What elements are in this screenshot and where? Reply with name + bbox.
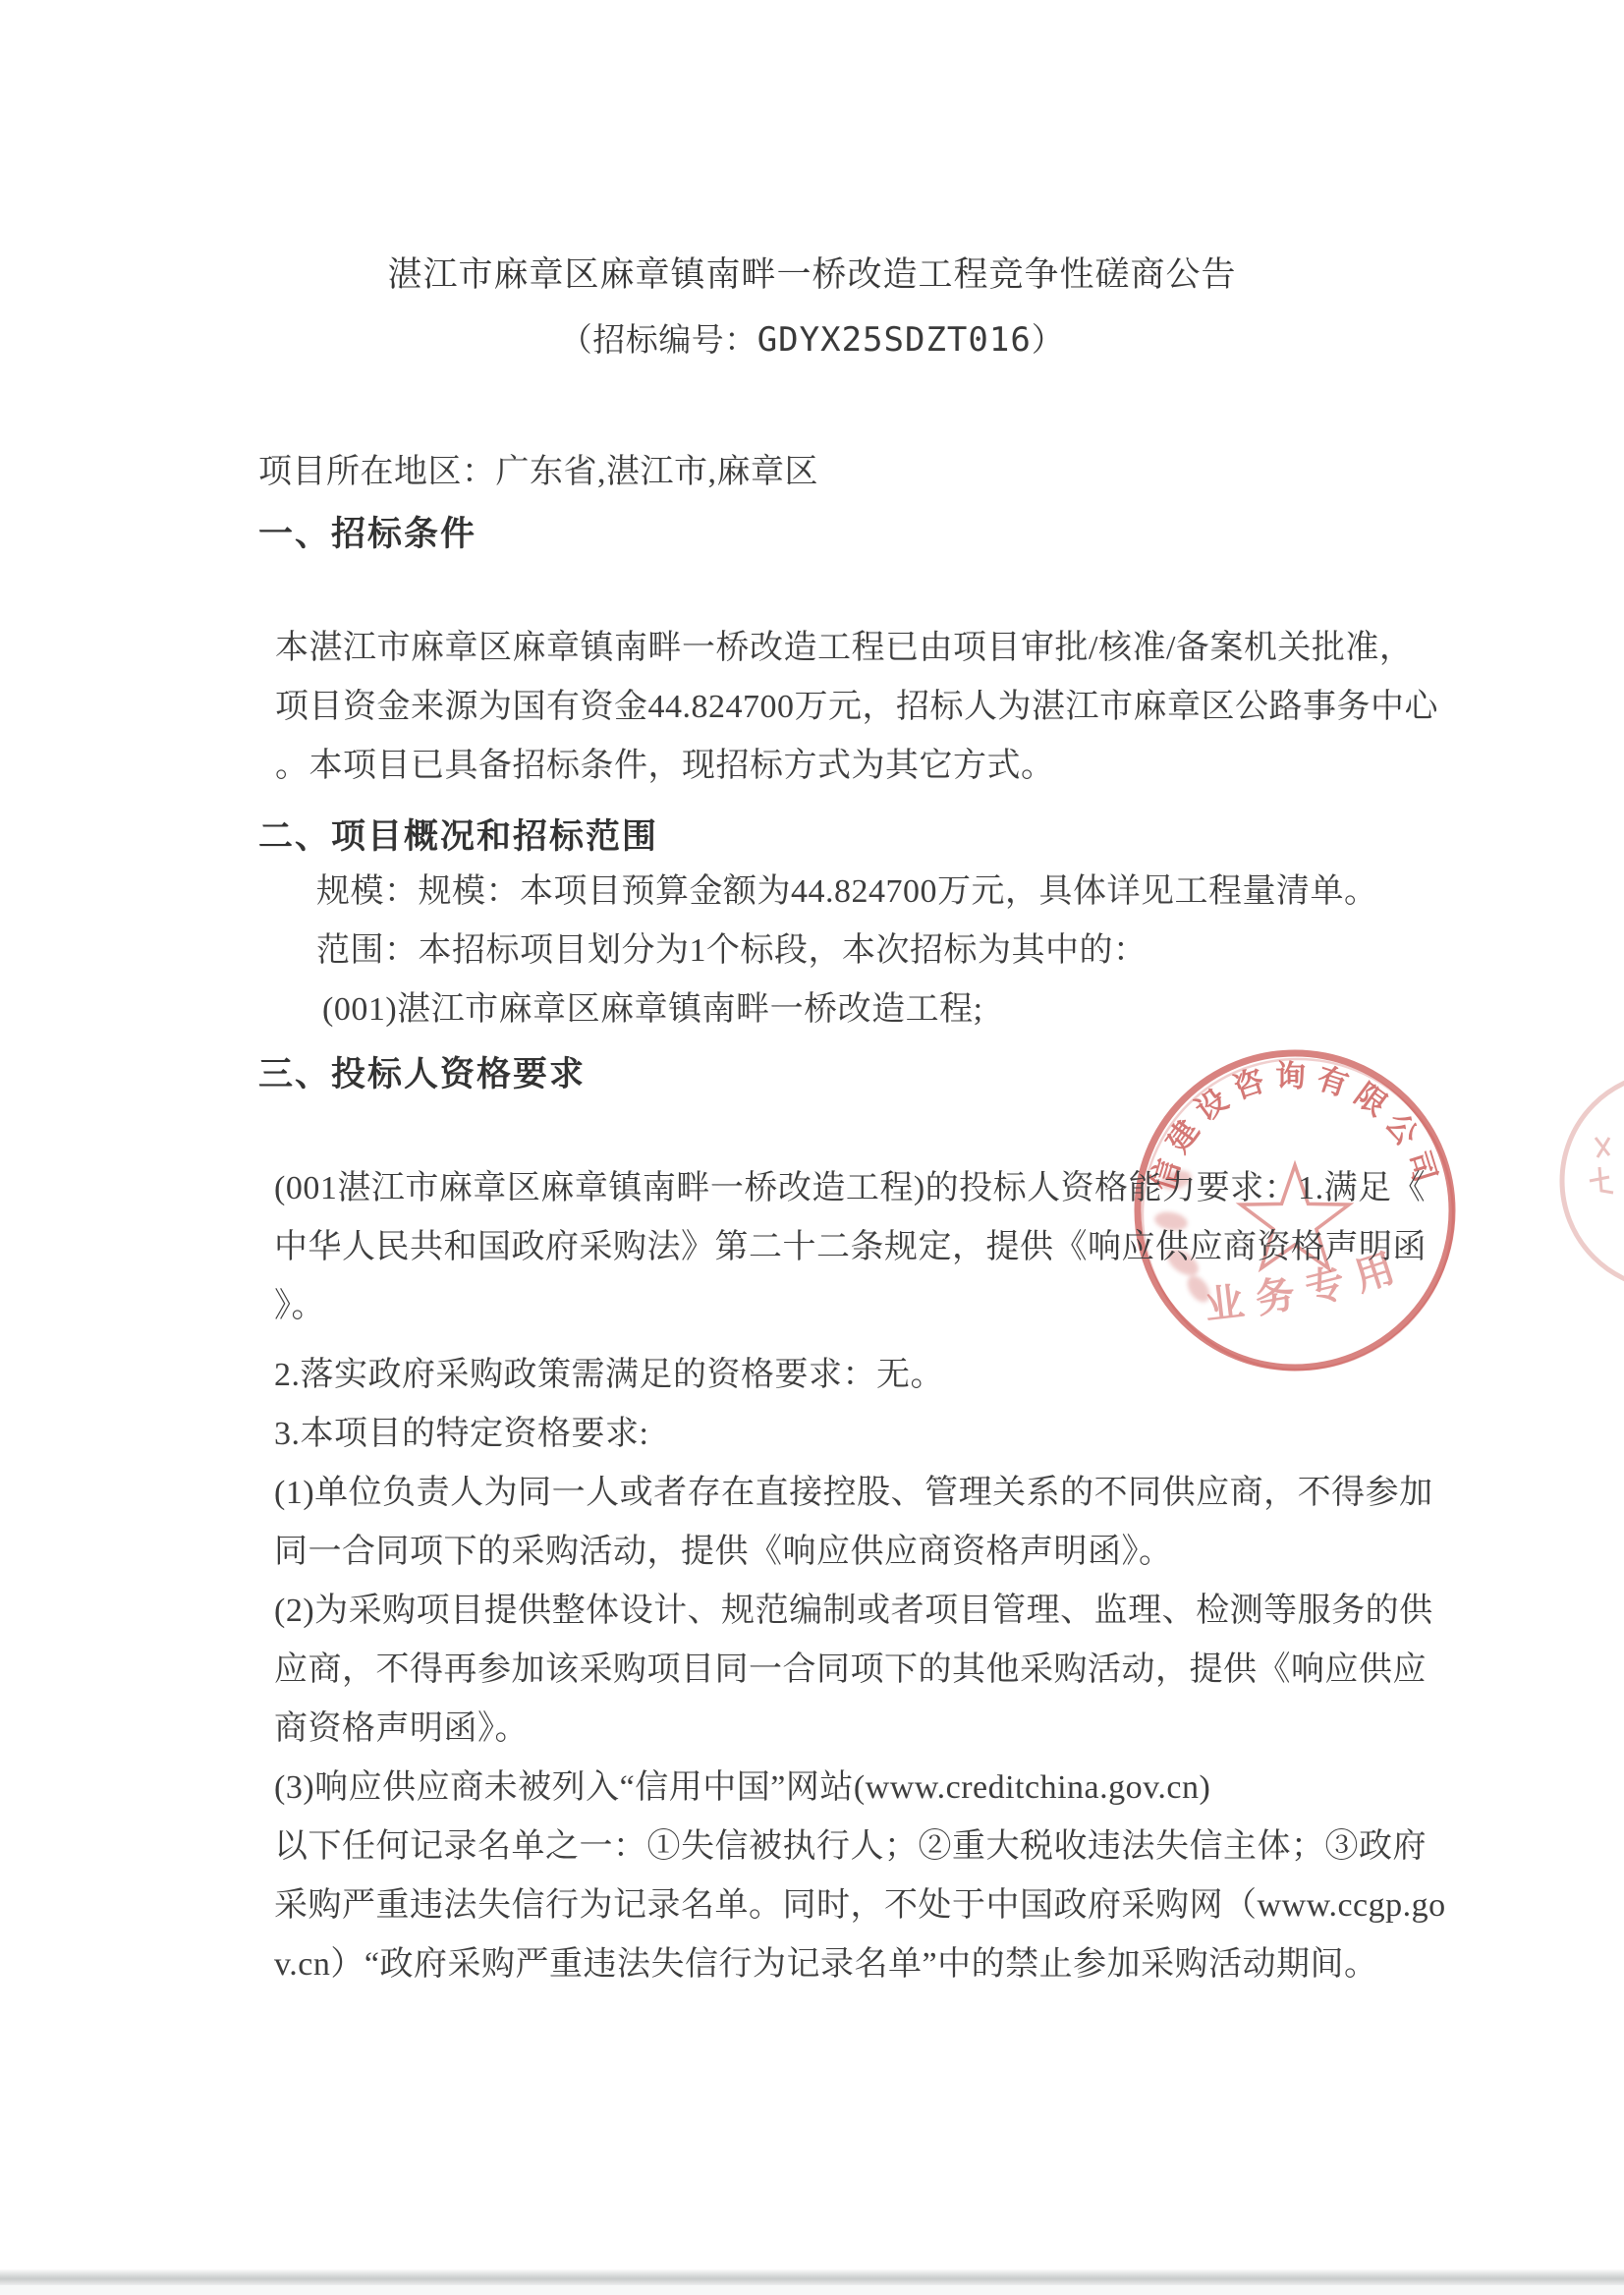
requirement-line: 2.落实政府采购政策需满足的资格要求：无。	[274, 1354, 1446, 1413]
section-2-heading: 二、项目概况和招标范围	[258, 810, 658, 859]
section-1-heading: 一、招标条件	[258, 507, 476, 556]
requirement-line: (3)响应供应商未被列入“信用中国”网站(www.creditchina.gov…	[274, 1766, 1446, 1825]
scan-bottom-margin	[0, 2285, 1624, 2295]
paragraph-line: 项目资金来源为国有资金44.824700万元，招标人为湛江市麻章区公路事务中心	[275, 686, 1438, 745]
section-1-paragraph: 本湛江市麻章区麻章镇南畔一桥改造工程已由项目审批/核准/备案机关批准， 项目资金…	[275, 627, 1438, 804]
requirement-line: 3.本项目的特定资格要求:	[274, 1413, 1446, 1472]
section-2-paragraph: 规模：规模：本项目预算金额为44.824700万元，具体详见工程量清单。 范围：…	[316, 870, 1378, 1047]
requirement-line: 同一合同项下的采购活动，提供《响应供应商资格声明函》。	[274, 1531, 1446, 1590]
partial-seal-fragments	[1590, 1138, 1613, 1193]
section-3-heading: 三、投标人资格要求	[258, 1047, 586, 1096]
section-3-intro-paragraph: (001湛江市麻章区麻章镇南畔一桥改造工程)的投标人资格能力要求：1.满足《 中…	[274, 1167, 1427, 1344]
requirement-line: v.cn）“政府采购严重违法失信行为记录名单”中的禁止参加采购活动期间。	[274, 1943, 1446, 2002]
paragraph-line: 本湛江市麻章区麻章镇南畔一桥改造工程已由项目审批/核准/备案机关批准，	[275, 627, 1438, 686]
paragraph-line: 。本项目已具备招标条件，现招标方式为其它方式。	[275, 745, 1438, 804]
requirement-line: 采购严重违法失信行为记录名单。同时，不处于中国政府采购网（www.ccgp.go	[274, 1884, 1446, 1943]
scale-line: 规模：规模：本项目预算金额为44.824700万元，具体详见工程量清单。	[316, 870, 1378, 929]
scope-line: 范围：本招标项目划分为1个标段，本次招标为其中的：	[316, 929, 1378, 988]
requirement-line: (1)单位负责人为同一人或者存在直接控股、管理关系的不同供应商，不得参加	[274, 1472, 1446, 1531]
requirement-line: 商资格声明函》。	[274, 1707, 1446, 1766]
requirement-line: 应商，不得再参加该采购项目同一合同项下的其他采购活动，提供《响应供应	[274, 1649, 1446, 1707]
paragraph-line: 中华人民共和国政府采购法》第二十二条规定，提供《响应供应商资格声明函	[274, 1226, 1427, 1285]
tender-number-line: （招标编号：GDYX25SDZT016）	[0, 314, 1624, 361]
document-title: 湛江市麻章区麻章镇南畔一桥改造工程竞争性磋商公告	[0, 248, 1624, 297]
requirement-line: 以下任何记录名单之一：①失信被执行人；②重大税收违法失信主体；③政府	[274, 1825, 1446, 1884]
tender-number-suffix: ）	[1032, 323, 1065, 359]
scanned-tender-announcement-page: 信建设咨询有限公司 业务专用章 湛江市麻章区麻章镇南畔一桥改造工程竞争性磋商公告…	[0, 0, 1624, 2295]
tender-number-prefix: （招标编号：	[560, 323, 757, 359]
project-location-line: 项目所在地区：广东省,湛江市,麻章区	[258, 444, 818, 492]
lot-line: (001)湛江市麻章区麻章镇南畔一桥改造工程;	[316, 988, 1378, 1047]
section-3-requirements: 2.落实政府采购政策需满足的资格要求：无。 3.本项目的特定资格要求: (1)单…	[274, 1354, 1446, 2002]
paragraph-line: 》。	[274, 1285, 1427, 1344]
tender-number-code: GDYX25SDZT016	[757, 320, 1032, 360]
paragraph-line: (001湛江市麻章区麻章镇南畔一桥改造工程)的投标人资格能力要求：1.满足《	[274, 1167, 1427, 1226]
partial-seal-stamp	[1552, 1061, 1624, 1297]
scan-bottom-edge-shadow	[0, 2269, 1624, 2285]
requirement-line: (2)为采购项目提供整体设计、规范编制或者项目管理、监理、检测等服务的供	[274, 1590, 1446, 1649]
